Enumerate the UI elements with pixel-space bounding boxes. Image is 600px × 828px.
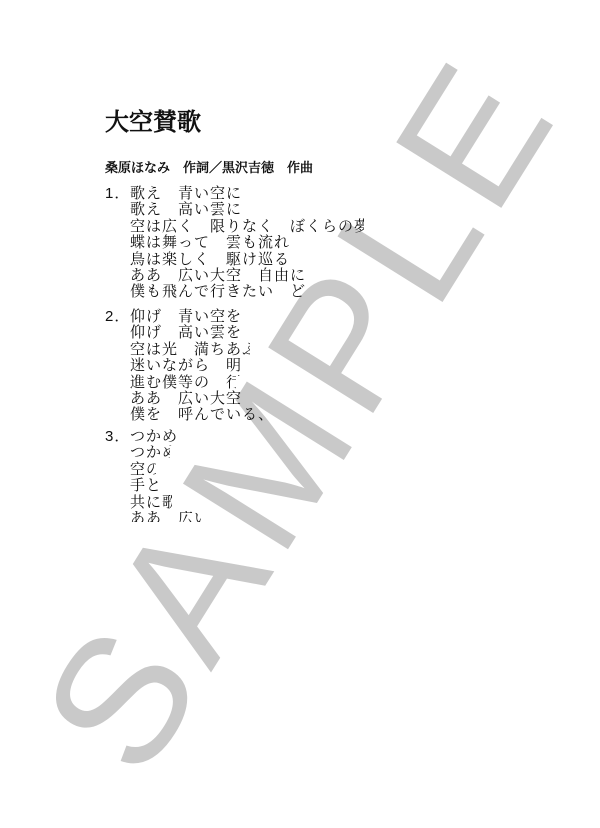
lyric-line: 僕を 呼んでいる、: [130, 407, 274, 423]
lyric-line: 空は広く 限りなく ぼくらの夢: [130, 219, 370, 235]
lyric-sheet-page: SAMPLE 大空賛歌 桑原ほなみ 作詞／黒沢吉徳 作曲 1． 歌え 青い空に …: [0, 0, 600, 828]
lyric-line: 歌え 高い雲に: [130, 202, 370, 218]
credit-line: 桑原ほなみ 作詞／黒沢吉徳 作曲: [105, 157, 313, 176]
verse-3-number: 3．: [105, 429, 130, 445]
lyric-line: ああ 広い大空: [130, 391, 274, 407]
lyric-line: 歌え 青い空に: [130, 186, 370, 202]
verse-2-number: 2．: [105, 309, 130, 325]
song-title: 大空賛歌: [105, 109, 201, 138]
verse-1-number: 1．: [105, 186, 130, 202]
